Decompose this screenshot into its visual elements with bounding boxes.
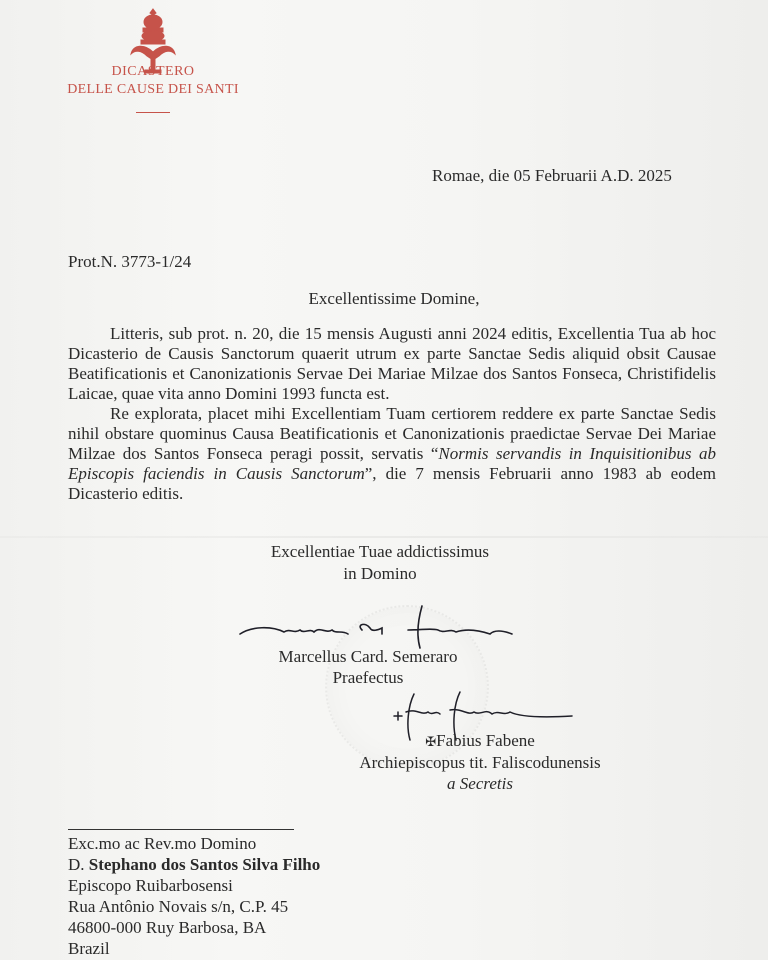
body-paragraph-2: Re explorata, placet mihi Excellentiam T… xyxy=(68,404,716,504)
letterhead-rule xyxy=(136,112,170,113)
salutation: Excellentissime Domine, xyxy=(0,289,768,309)
signatory2-title: Archiepiscopus tit. Faliscodunensis xyxy=(330,752,630,773)
closing-line1: Excellentiae Tuae addictissimus xyxy=(240,541,520,563)
signatory-prefect: Marcellus Card. Semeraro Praefectus xyxy=(258,646,478,688)
recipient-street: Rua Antônio Novais s/n, C.P. 45 xyxy=(68,896,320,917)
closing-line2: in Domino xyxy=(240,563,520,585)
recipient-country: Brazil xyxy=(68,938,320,959)
paper-fold-crease xyxy=(0,536,768,538)
recipient-name: Stephano dos Santos Silva Filho xyxy=(89,855,320,874)
recipient-name-prefix: D. xyxy=(68,855,89,874)
signatory-secretary: ✠Fabius Fabene Archiepiscopus tit. Falis… xyxy=(330,730,630,794)
closing: Excellentiae Tuae addictissimus in Domin… xyxy=(240,541,520,585)
recipient-city: 46800-000 Ruy Barbosa, BA xyxy=(68,917,320,938)
letter-date: Romae, die 05 Februarii A.D. 2025 xyxy=(432,166,672,186)
protocol-number: Prot.N. 3773-1/24 xyxy=(68,252,191,272)
address-divider xyxy=(68,829,294,830)
recipient-address: Exc.mo ac Rev.mo Domino D. Stephano dos … xyxy=(68,833,320,959)
signature-semeraro xyxy=(232,600,532,650)
letterhead: DICASTERO DELLE CAUSE DEI SANTI xyxy=(60,6,246,113)
recipient-office: Episcopo Ruibarbosensi xyxy=(68,875,320,896)
body-paragraph-1: Litteris, sub prot. n. 20, die 15 mensis… xyxy=(68,324,716,404)
signatory1-name: Marcellus Card. Semeraro xyxy=(258,646,478,667)
recipient-name-line: D. Stephano dos Santos Silva Filho xyxy=(68,854,320,875)
signatory2-name: Fabius Fabene xyxy=(436,731,535,750)
papal-emblem-icon xyxy=(125,6,181,78)
recipient-honorific: Exc.mo ac Rev.mo Domino xyxy=(68,833,320,854)
signatory2-role: a Secretis xyxy=(330,773,630,794)
letter-body: Litteris, sub prot. n. 20, die 15 mensis… xyxy=(68,324,716,504)
signatory1-title: Praefectus xyxy=(258,667,478,688)
letterhead-line2: DELLE CAUSE DEI SANTI xyxy=(60,82,246,98)
episcopal-cross-icon: ✠ xyxy=(425,734,436,749)
